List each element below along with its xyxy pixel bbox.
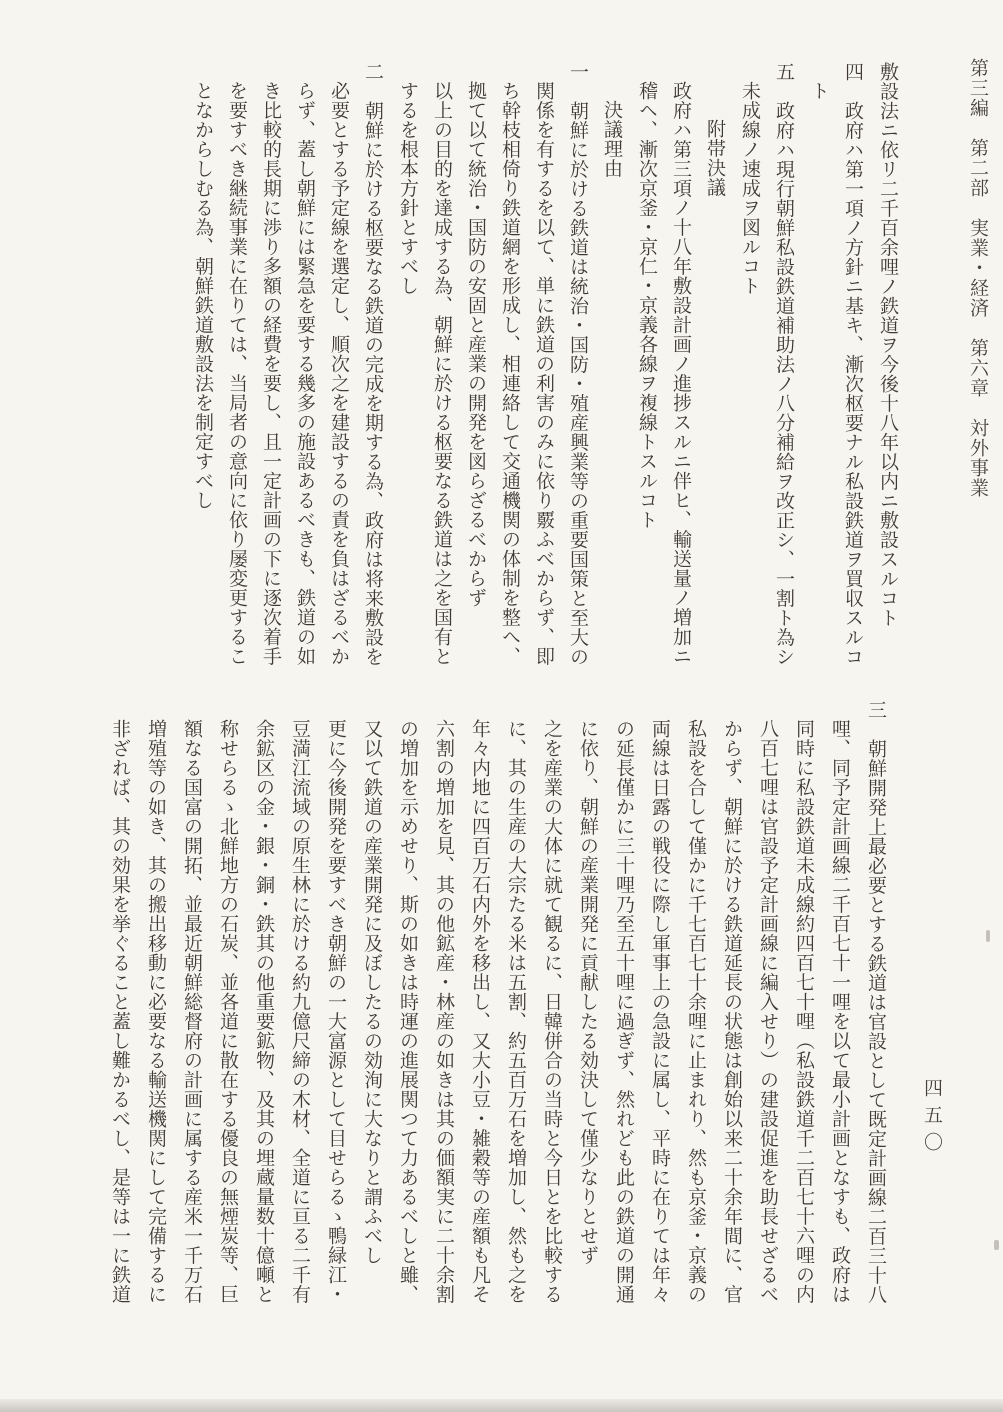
text-column: 額なる国富の開拓、並最近朝鮮総督府の計画に属する産米一千万石 xyxy=(182,700,201,1316)
document-page: 第三編 第二部 実業・経済 第六章 対外事業 敷設法ニ依リ二千百余哩ノ鉄道ヲ今後… xyxy=(0,0,1003,1412)
text-column: 私設を合して僅かに千七百七十余哩に止まれり、然も京釜・京義の xyxy=(686,700,705,1316)
text-column: 四 政府ハ第一項ノ方針ニ基キ、漸次枢要ナル私設鉄道ヲ買収スルコ xyxy=(843,62,862,674)
text-column: 拠て以て統治・国防の安固と産業の開発を図らざるべからず xyxy=(466,62,485,674)
text-column: 豆満江流域の原生林に於ける約九億尺締の木材、全道に亘る二千有 xyxy=(290,700,309,1316)
text-column: 決議理由 xyxy=(602,62,621,674)
text-column: ト xyxy=(809,62,828,674)
text-column: の延長僅かに三十哩乃至五十哩に過ぎず、然れども此の鉄道の開通 xyxy=(614,700,633,1316)
bottom-text-block: 三 朝鮮開発上最必要とする鉄道は官設として既定計画線二百三十八哩、同予定計画線二… xyxy=(93,700,885,1316)
text-column: ち幹枝相倚り鉄道網を形成し、相連絡して交通機関の体制を整へ、 xyxy=(500,62,519,674)
text-column: 又以て鉄道の産業開発に及ぼしたるの効洵に大なりと謂ふべし xyxy=(362,700,381,1316)
text-column: き比較的長期に渉り多額の経費を要し、且一定計画の下に逐次着手 xyxy=(261,62,280,674)
text-column: 関係を有するを以て、単に鉄道の利害のみに依り覈ふべからず、即 xyxy=(534,62,553,674)
text-column: 之を産業の大体に就て観るに、日韓併合の当時と今日とを比較する xyxy=(542,700,561,1316)
text-column: 敷設法ニ依リ二千百余哩ノ鉄道ヲ今後十八年以内ニ敷設スルコト xyxy=(878,62,897,674)
text-column: するを根本方針とすべし xyxy=(398,62,417,674)
text-column: 増殖等の如き、其の搬出移動に必要なる輸送機関にして完備するに xyxy=(146,700,165,1316)
text-column: を要すべき継続事業に在りては、当局者の意向に依り屡変更するこ xyxy=(227,62,246,674)
text-column: 二 朝鮮に於ける枢要なる鉄道の完成を期する為、政府は将来敷設を xyxy=(363,62,382,674)
text-column: となからしむる為、朝鮮鉄道敷設法を制定すべし xyxy=(193,62,212,674)
text-column: 同時に私設鉄道未成線約四百七十哩（私設鉄道千二百七十六哩の内 xyxy=(794,700,813,1316)
scan-speck xyxy=(986,930,990,942)
text-column: 政府ハ第三項ノ十八年敷設計画ノ進捗スルニ伴ヒ、輸送量ノ増加ニ xyxy=(671,62,690,674)
top-text-block: 敷設法ニ依リ二千百余哩ノ鉄道ヲ今後十八年以内ニ敷設スルコト四 政府ハ第一項ノ方針… xyxy=(178,62,897,674)
text-column: 更に今後開発を要すべき朝鮮の一大富源として目せらるゝ鴨緑江・ xyxy=(326,700,345,1316)
scan-speck xyxy=(994,1240,999,1250)
text-column: 必要とする予定線を選定し、順次之を建設するの責を負はざるべか xyxy=(329,62,348,674)
text-column: 五 政府ハ現行朝鮮私設鉄道補助法ノ八分補給ヲ改正シ、一割ト為シ xyxy=(774,62,793,674)
text-column: 一 朝鮮に於ける鉄道は統治・国防・殖産興業等の重要国策と至大の xyxy=(568,62,587,674)
page-edge-shadow xyxy=(0,1399,1003,1412)
running-header: 第三編 第二部 実業・経済 第六章 対外事業 xyxy=(968,58,987,498)
text-column: 年々内地に四百万石内外を移出し、又大小豆・雑穀等の産額も凡そ xyxy=(470,700,489,1316)
text-column: に、其の生産の大宗たる米は五割、約五百万石を増加し、然も之を xyxy=(506,700,525,1316)
text-column: 哩、同予定計画線二千百七十一哩を以て最小計画となすも、政府は xyxy=(830,700,849,1316)
text-column: 附帯決議 xyxy=(705,62,724,674)
text-column: 三 朝鮮開発上最必要とする鉄道は官設として既定計画線二百三十八 xyxy=(866,700,885,1316)
text-column: 称せらるゝ北鮮地方の石炭、並各道に散在する優良の無煙炭等、巨 xyxy=(218,700,237,1316)
text-column: の増加を示めせり、斯の如きは時運の進展関つて力あるべしと雖、 xyxy=(398,700,417,1316)
text-column: 余鉱区の金・銀・銅・鉄其の他重要鉱物、及其の埋蔵量数十億噸と xyxy=(254,700,273,1316)
text-column: らず、蓋し朝鮮には緊急を要する幾多の施設あるべきも、鉄道の如 xyxy=(295,62,314,674)
text-column: に依り、朝鮮の産業開発に貢献したる効決して僅少なりとせず xyxy=(578,700,597,1316)
text-column: 非ざれば、其の効果を挙ぐること蓋し難かるべし、是等は一に鉄道 xyxy=(110,700,129,1316)
text-column: 六割の増加を見、其の他鉱産・林産の如きは其の価額実に二十余割 xyxy=(434,700,453,1316)
text-column: からず、朝鮮に於ける鉄道延長の状態は創始以来二十余年間に、官 xyxy=(722,700,741,1316)
page-number: 四五〇 xyxy=(922,1078,941,1159)
text-column: 未成線ノ速成ヲ図ルコト xyxy=(740,62,759,674)
text-column: 八百七哩は官設予定計画線に編入せり）の建設促進を助長せざるべ xyxy=(758,700,777,1316)
text-column: 稽ヘ、漸次京釜・京仁・京義各線ヲ複線トスルコト xyxy=(637,62,656,674)
text-column: 以上の目的を達成する為、朝鮮に於ける枢要なる鉄道は之を国有と xyxy=(432,62,451,674)
text-column: 両線は日露の戦役に際し軍事上の急設に属し、平時に在りては年々 xyxy=(650,700,669,1316)
